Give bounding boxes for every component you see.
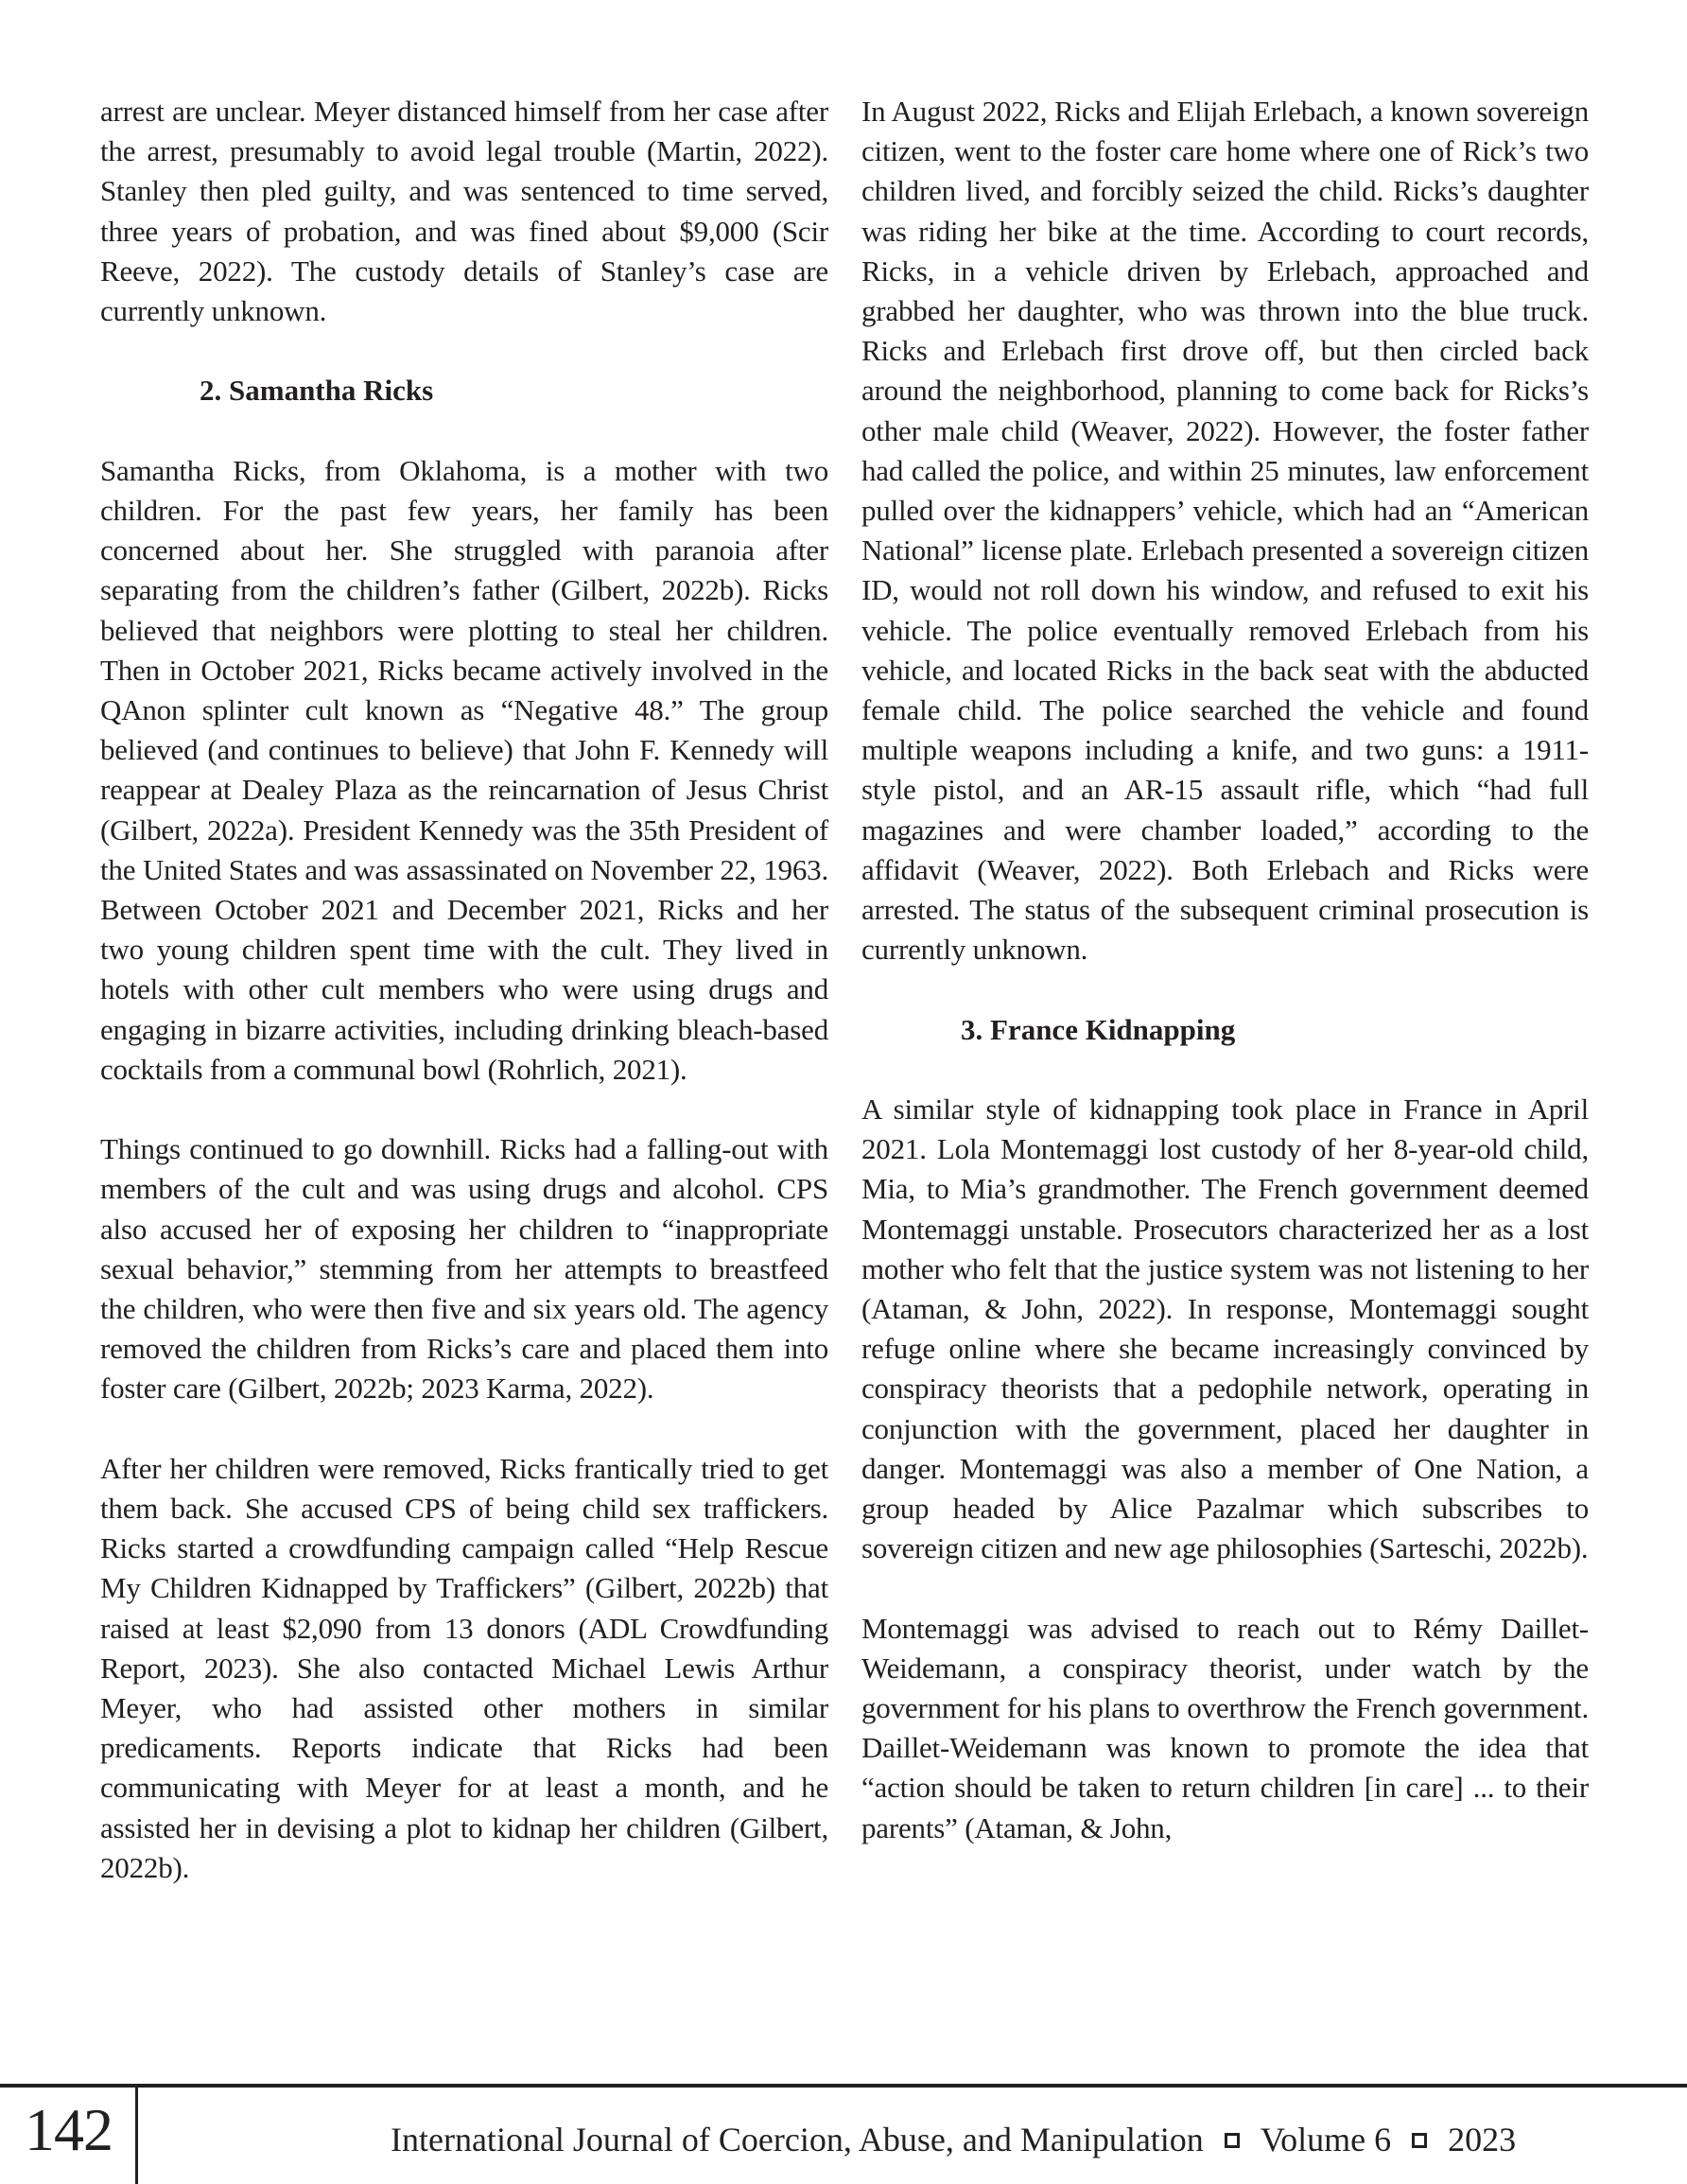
hollow-square-icon <box>1225 2133 1240 2148</box>
section-heading-samantha-ricks: 2. Samantha Ricks <box>100 371 828 411</box>
paragraph: A similar style of kidnapping took place… <box>861 1090 1589 1568</box>
paragraph: Things continued to go downhill. Ricks h… <box>100 1129 828 1408</box>
volume-label: Volume 6 <box>1261 2119 1391 2160</box>
section-heading-france-kidnapping: 3. France Kidnapping <box>861 1010 1589 1050</box>
left-column: arrest are unclear. Meyer distanced hims… <box>100 92 828 1888</box>
paragraph: After her children were removed, Ricks f… <box>100 1449 828 1888</box>
hollow-square-icon <box>1412 2133 1427 2148</box>
paragraph-continued: Montemaggi was advised to reach out to R… <box>861 1609 1589 1848</box>
paragraph-continuation: arrest are unclear. Meyer distanced hims… <box>100 92 828 331</box>
page-number: 142 <box>25 2096 113 2164</box>
paragraph: Samantha Ricks, from Oklahoma, is a moth… <box>100 451 828 1090</box>
footer-divider <box>135 2086 138 2184</box>
paragraph: In August 2022, Ricks and Elijah Erlebac… <box>861 92 1589 970</box>
right-column: In August 2022, Ricks and Elijah Erlebac… <box>861 92 1589 1848</box>
journal-title: International Journal of Coercion, Abuse… <box>391 2119 1204 2160</box>
footer-rule <box>0 2084 1687 2088</box>
year-label: 2023 <box>1448 2119 1516 2160</box>
running-footer: International Journal of Coercion, Abuse… <box>391 2119 1591 2160</box>
